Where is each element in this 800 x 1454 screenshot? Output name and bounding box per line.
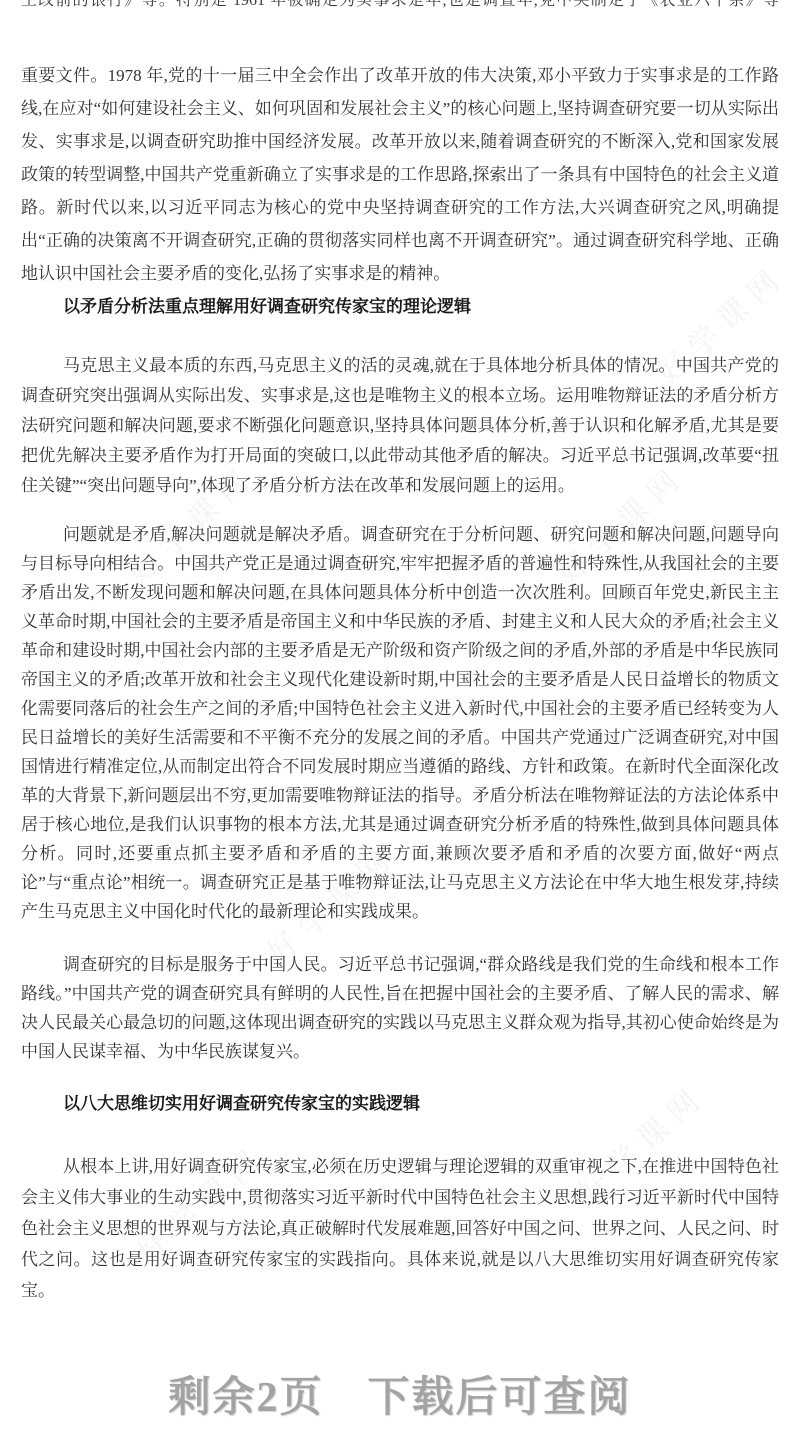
paragraph-contradiction-analysis: 问题就是矛盾,解决问题就是解决矛盾。调查研究在于分析问题、研究问题和解决问题,问… [21, 520, 779, 926]
section-heading-practice: 以八大思维切实用好调查研究传家宝的实践逻辑 [21, 1089, 779, 1119]
top-clipped-line: 土改前的银行》等。特别是 1961 年被确定为实事求是年,也是调查年,党中央制定… [21, 0, 779, 12]
pages-left-text: 剩余2页 [168, 1375, 323, 1421]
section-heading-theory: 以矛盾分析法重点理解用好调查研究传家宝的理论逻辑 [21, 292, 779, 322]
download-hint-text: 下载后可查阅 [368, 1375, 632, 1421]
paragraph-continuation: 重要文件。1978 年,党的十一届三中全会作出了改革开放的伟大决策,邓小平致力于… [21, 59, 779, 290]
document-page: 好学课网 好学课网 好学课网 好学课网 好学课网 好学课网 土改前的银行》等。特… [0, 0, 800, 1454]
paragraph-marxism-method: 马克思主义最本质的东西,马克思主义的活的灵魂,就在于具体地分析具体的情况。中国共… [21, 351, 779, 501]
document-body: 重要文件。1978 年,党的十一届三中全会作出了改革开放的伟大决策,邓小平致力于… [21, 59, 779, 1306]
clipped-line-text: 土改前的银行》等。特别是 1961 年被确定为实事求是年,也是调查年,党中央制定… [21, 0, 779, 10]
paragraph-serve-the-people: 调查研究的目标是服务于中国人民。习近平总书记强调,“群众路线是我们党的生命线和根… [21, 950, 779, 1066]
paragraph-eight-mindsets: 从根本上讲,用好调查研究传家宝,必须在历史逻辑与理论逻辑的双重审视之下,在推进中… [21, 1151, 779, 1306]
remaining-pages-notice[interactable]: 剩余2页下载后可查阅 [0, 1376, 800, 1420]
